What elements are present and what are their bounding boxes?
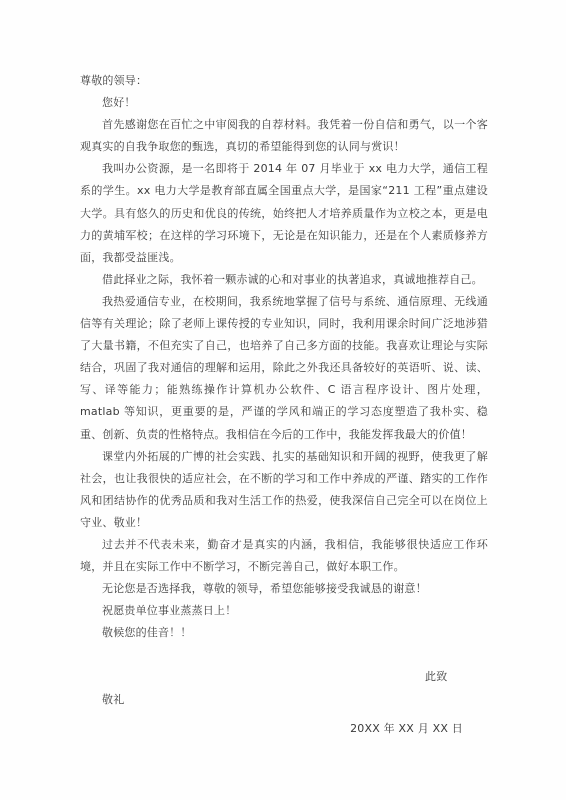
salute-line: 敬礼: [80, 689, 488, 711]
paragraph-thanks: 无论您是否选择我，尊敬的领导，希望您能够接受我诚恳的谢意！: [80, 578, 488, 600]
paragraph-future: 过去并不代表未来，勤奋才是真实的内涵，我相信，我能够很快适应工作环境，并且在实际…: [80, 534, 488, 578]
date-line: 20XX 年 XX 月 XX 日: [80, 718, 488, 740]
paragraph-await-reply: 敬候您的佳音！！: [80, 622, 488, 644]
paragraph-education: 我叫办公资源，是一名即将于 2014 年 07 月毕业于 xx 电力大学，通信工…: [80, 158, 488, 268]
letter-page: 尊敬的领导： 您好！ 首先感谢您在百忙之中审阅我的自荐材料。我凭着一份自信和勇气…: [0, 0, 566, 800]
letter-body: 尊敬的领导： 您好！ 首先感谢您在百忙之中审阅我的自荐材料。我凭着一份自信和勇气…: [80, 70, 488, 740]
greeting-line: 您好！: [80, 92, 488, 114]
paragraph-wish: 祝愿贵单位事业蒸蒸日上！: [80, 600, 488, 622]
paragraph-self-recommendation: 借此择业之际，我怀着一颗赤诚的心和对事业的执著追求，真诚地推荐自己。: [80, 269, 488, 291]
closing-phrase: 此致: [80, 666, 488, 688]
paragraph-intro: 首先感谢您在百忙之中审阅我的自荐材料。我凭着一份自信和勇气，以一个客观真实的自我…: [80, 114, 488, 158]
paragraph-social-practice: 课堂内外拓展的广博的社会实践、扎实的基础知识和开阔的视野，使我更了解社会，也让我…: [80, 446, 488, 534]
salutation-line: 尊敬的领导：: [80, 70, 488, 92]
paragraph-skills: 我热爱通信专业，在校期间，我系统地掌握了信号与系统、通信原理、无线通信等有关理论…: [80, 291, 488, 446]
